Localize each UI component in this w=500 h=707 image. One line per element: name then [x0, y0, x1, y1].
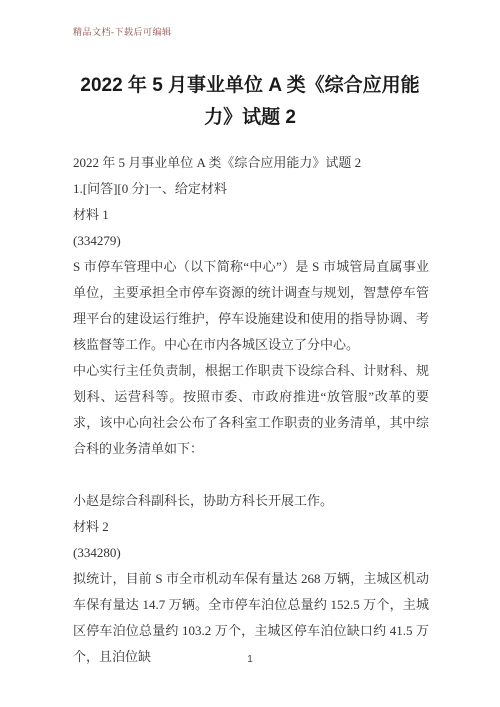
paragraph-question-label: 1.[问答][0 分]一、给定材料	[73, 176, 429, 202]
paragraph-body-3: 小赵是综合科副科长，协助方科长开展工作。	[73, 488, 429, 514]
document-body: 2022 年 5 月事业单位 A 类《综合应用能力》试题 2 1.[问答][0 …	[73, 150, 429, 670]
page-number: 1	[0, 653, 500, 667]
paragraph-material-2-heading: 材料 2	[73, 514, 429, 540]
paragraph-material-1-heading: 材料 1	[73, 202, 429, 228]
paragraph-body-1: S 市停车管理中心（以下简称“中心”）是 S 市城管局直属事业单位，主要承担全市…	[73, 254, 429, 358]
paragraph-material-2-id: (334280)	[73, 540, 429, 566]
document-page: 精品文档-下载后可编辑 2022 年 5 月事业单位 A 类《综合应用能 力》试…	[0, 0, 500, 707]
title-line-1: 2022 年 5 月事业单位 A 类《综合应用能	[40, 70, 460, 102]
title-line-2: 力》试题 2	[40, 102, 460, 134]
paragraph-material-1-id: (334279)	[73, 228, 429, 254]
paragraph-body-2: 中心实行主任负责制，根据工作职责下设综合科、计财科、规划科、运营科等。按照市委、…	[73, 358, 429, 462]
header-note: 精品文档-下载后可编辑	[73, 26, 172, 38]
document-title: 2022 年 5 月事业单位 A 类《综合应用能 力》试题 2	[40, 70, 460, 134]
blank-line	[73, 462, 429, 488]
paragraph-subtitle: 2022 年 5 月事业单位 A 类《综合应用能力》试题 2	[73, 150, 429, 176]
